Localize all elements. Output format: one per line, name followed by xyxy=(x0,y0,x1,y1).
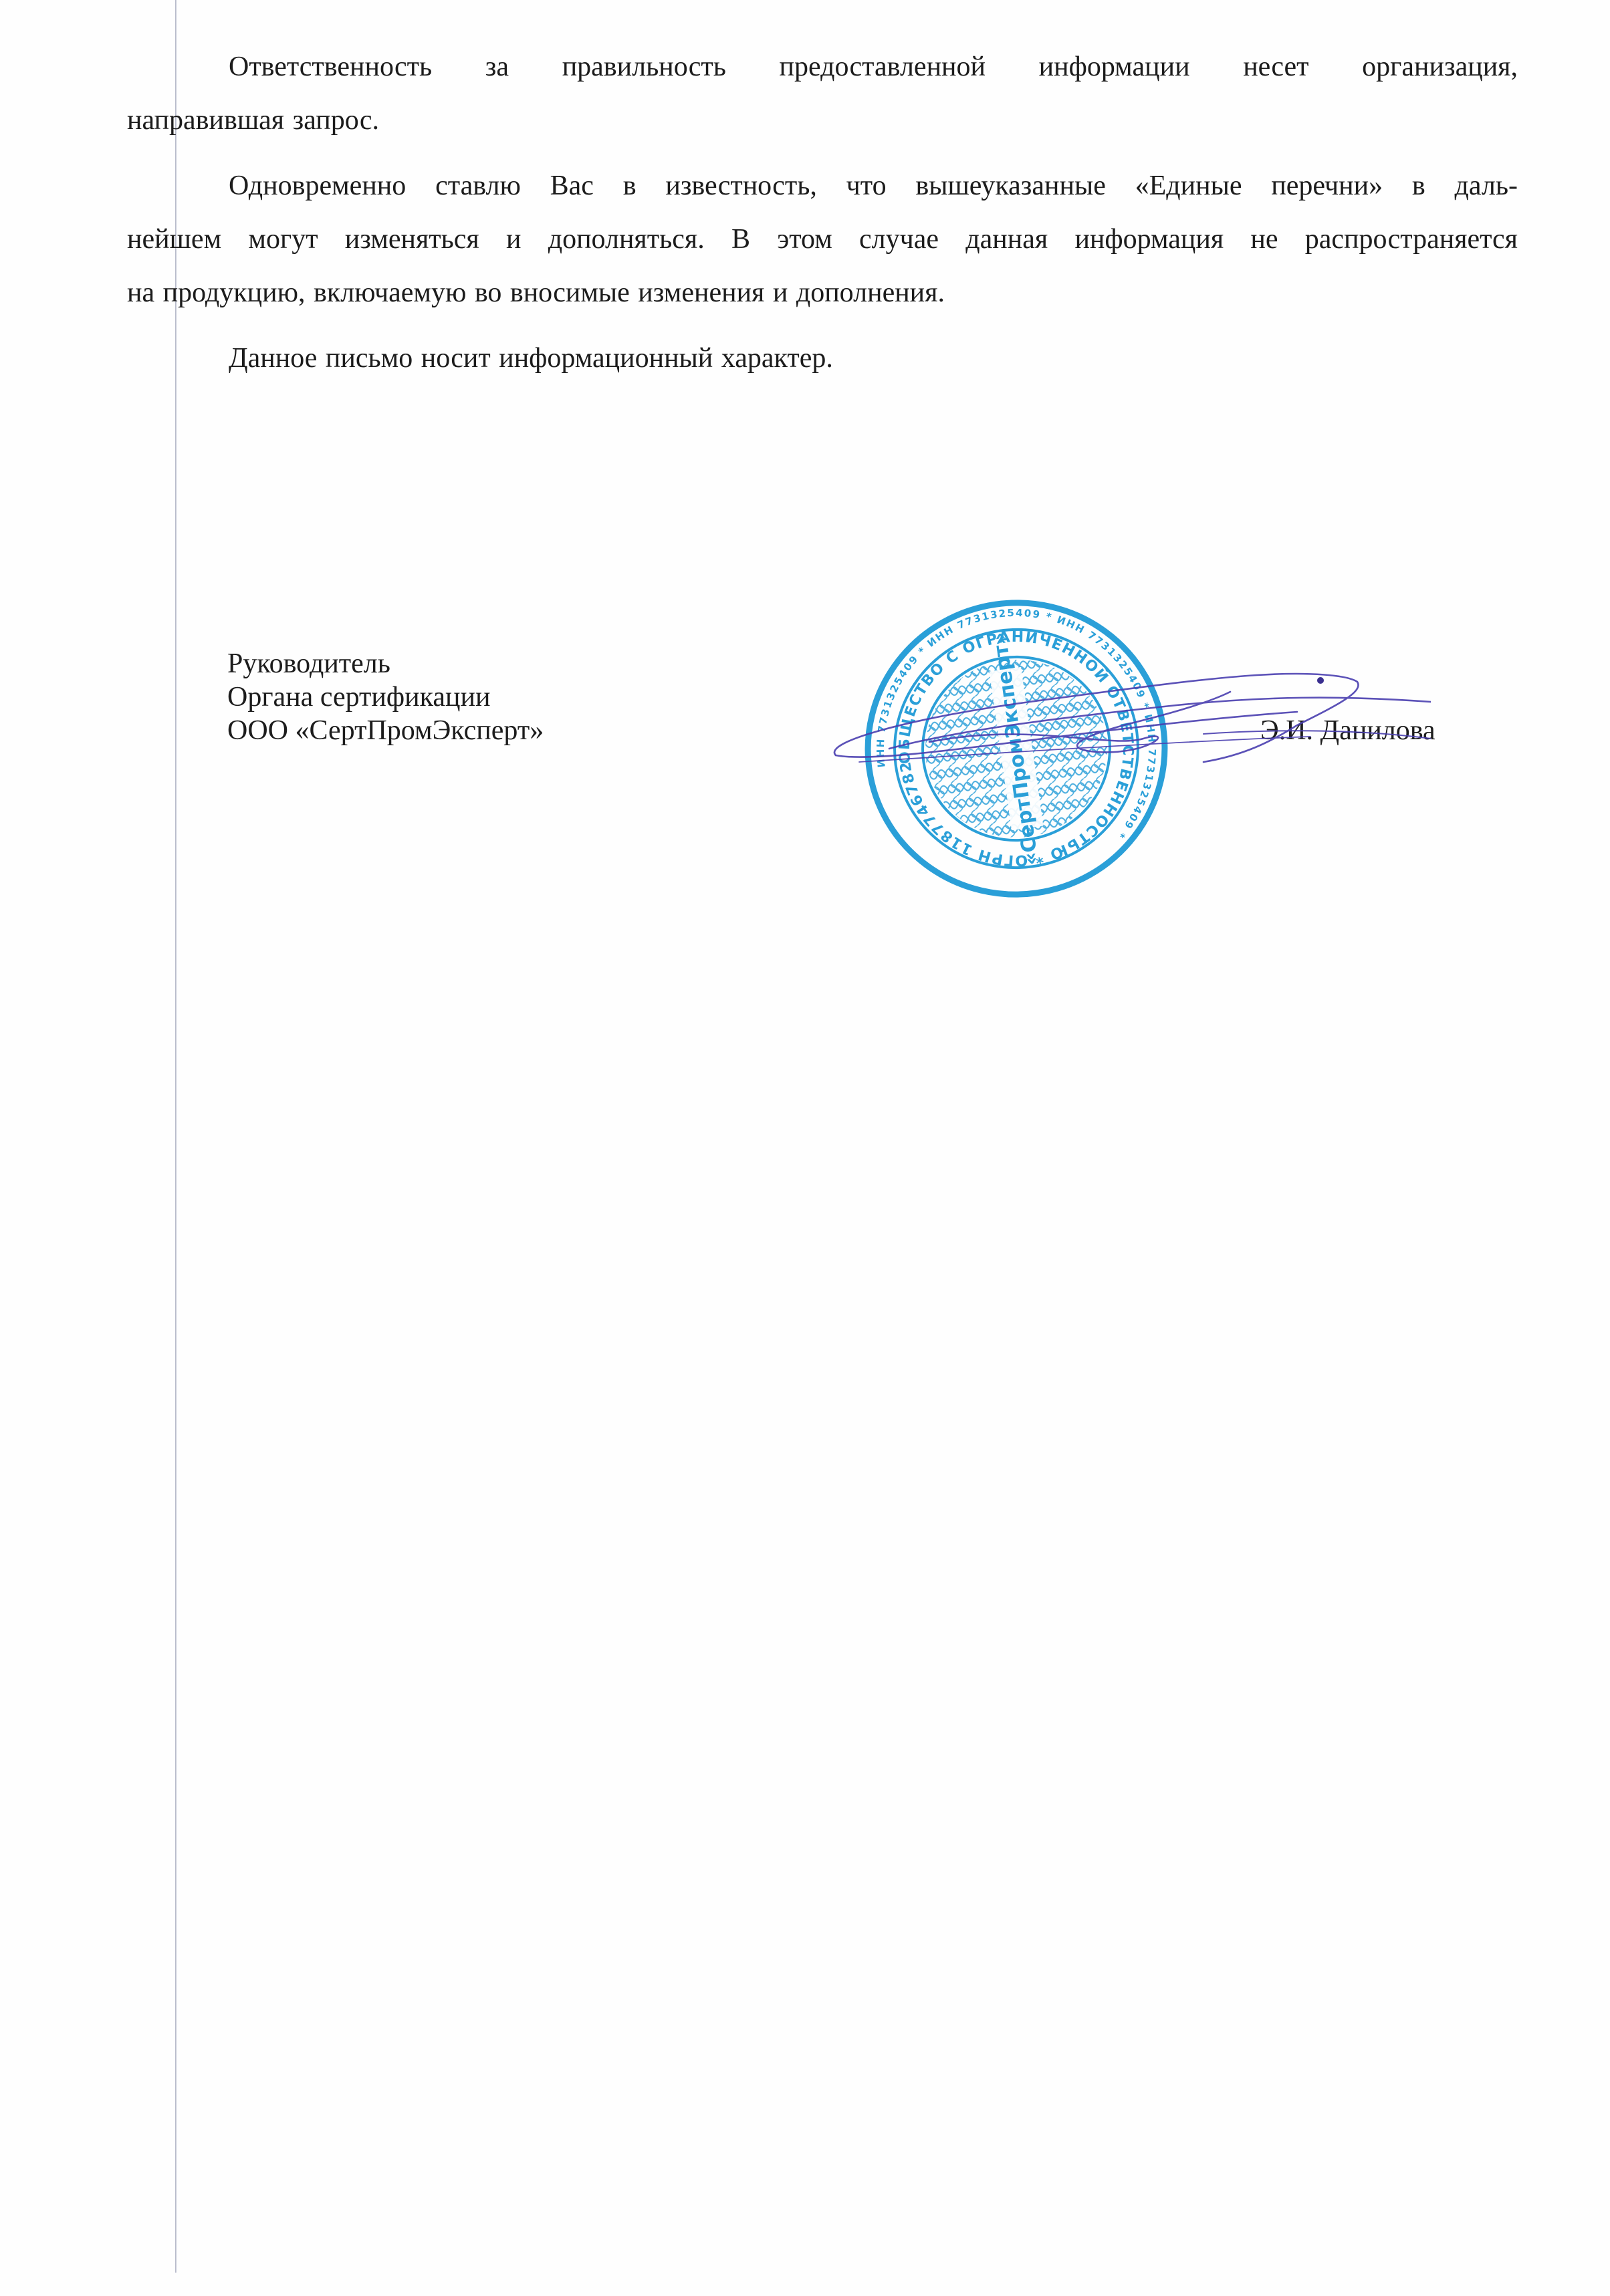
signer-name: Э.И. Данилова xyxy=(1260,714,1435,747)
paragraph-informational: Данное письмо носит информационный харак… xyxy=(127,332,1518,385)
signer-organization: ООО «СертПромЭксперт» xyxy=(227,714,544,747)
paragraph-notice: Одновременно ставлю Вас в известность, ч… xyxy=(127,159,1518,320)
signature-block: Руководитель Органа сертификации ООО «Се… xyxy=(227,647,544,747)
signer-position: Руководитель xyxy=(227,647,544,680)
text-line: Данное письмо носит информационный харак… xyxy=(229,332,1518,385)
text-line: нейшем могут изменяться и дополняться. В… xyxy=(127,213,1518,266)
text-line: Одновременно ставлю Вас в известность, ч… xyxy=(229,159,1518,213)
text-line: направившая запрос. xyxy=(127,94,1518,147)
company-stamp: ИНН 7731325409 * ИНН 7731325409 * ИНН 77… xyxy=(862,595,1170,902)
text-line: Ответственность за правильность предоста… xyxy=(229,40,1518,94)
text-line: на продукцию, включаемую во вносимые изм… xyxy=(127,266,1518,320)
paragraph-responsibility: Ответственность за правильность предоста… xyxy=(127,40,1518,147)
letter-body: Ответственность за правильность предоста… xyxy=(127,40,1518,397)
signer-department: Органа сертификации xyxy=(227,680,544,714)
